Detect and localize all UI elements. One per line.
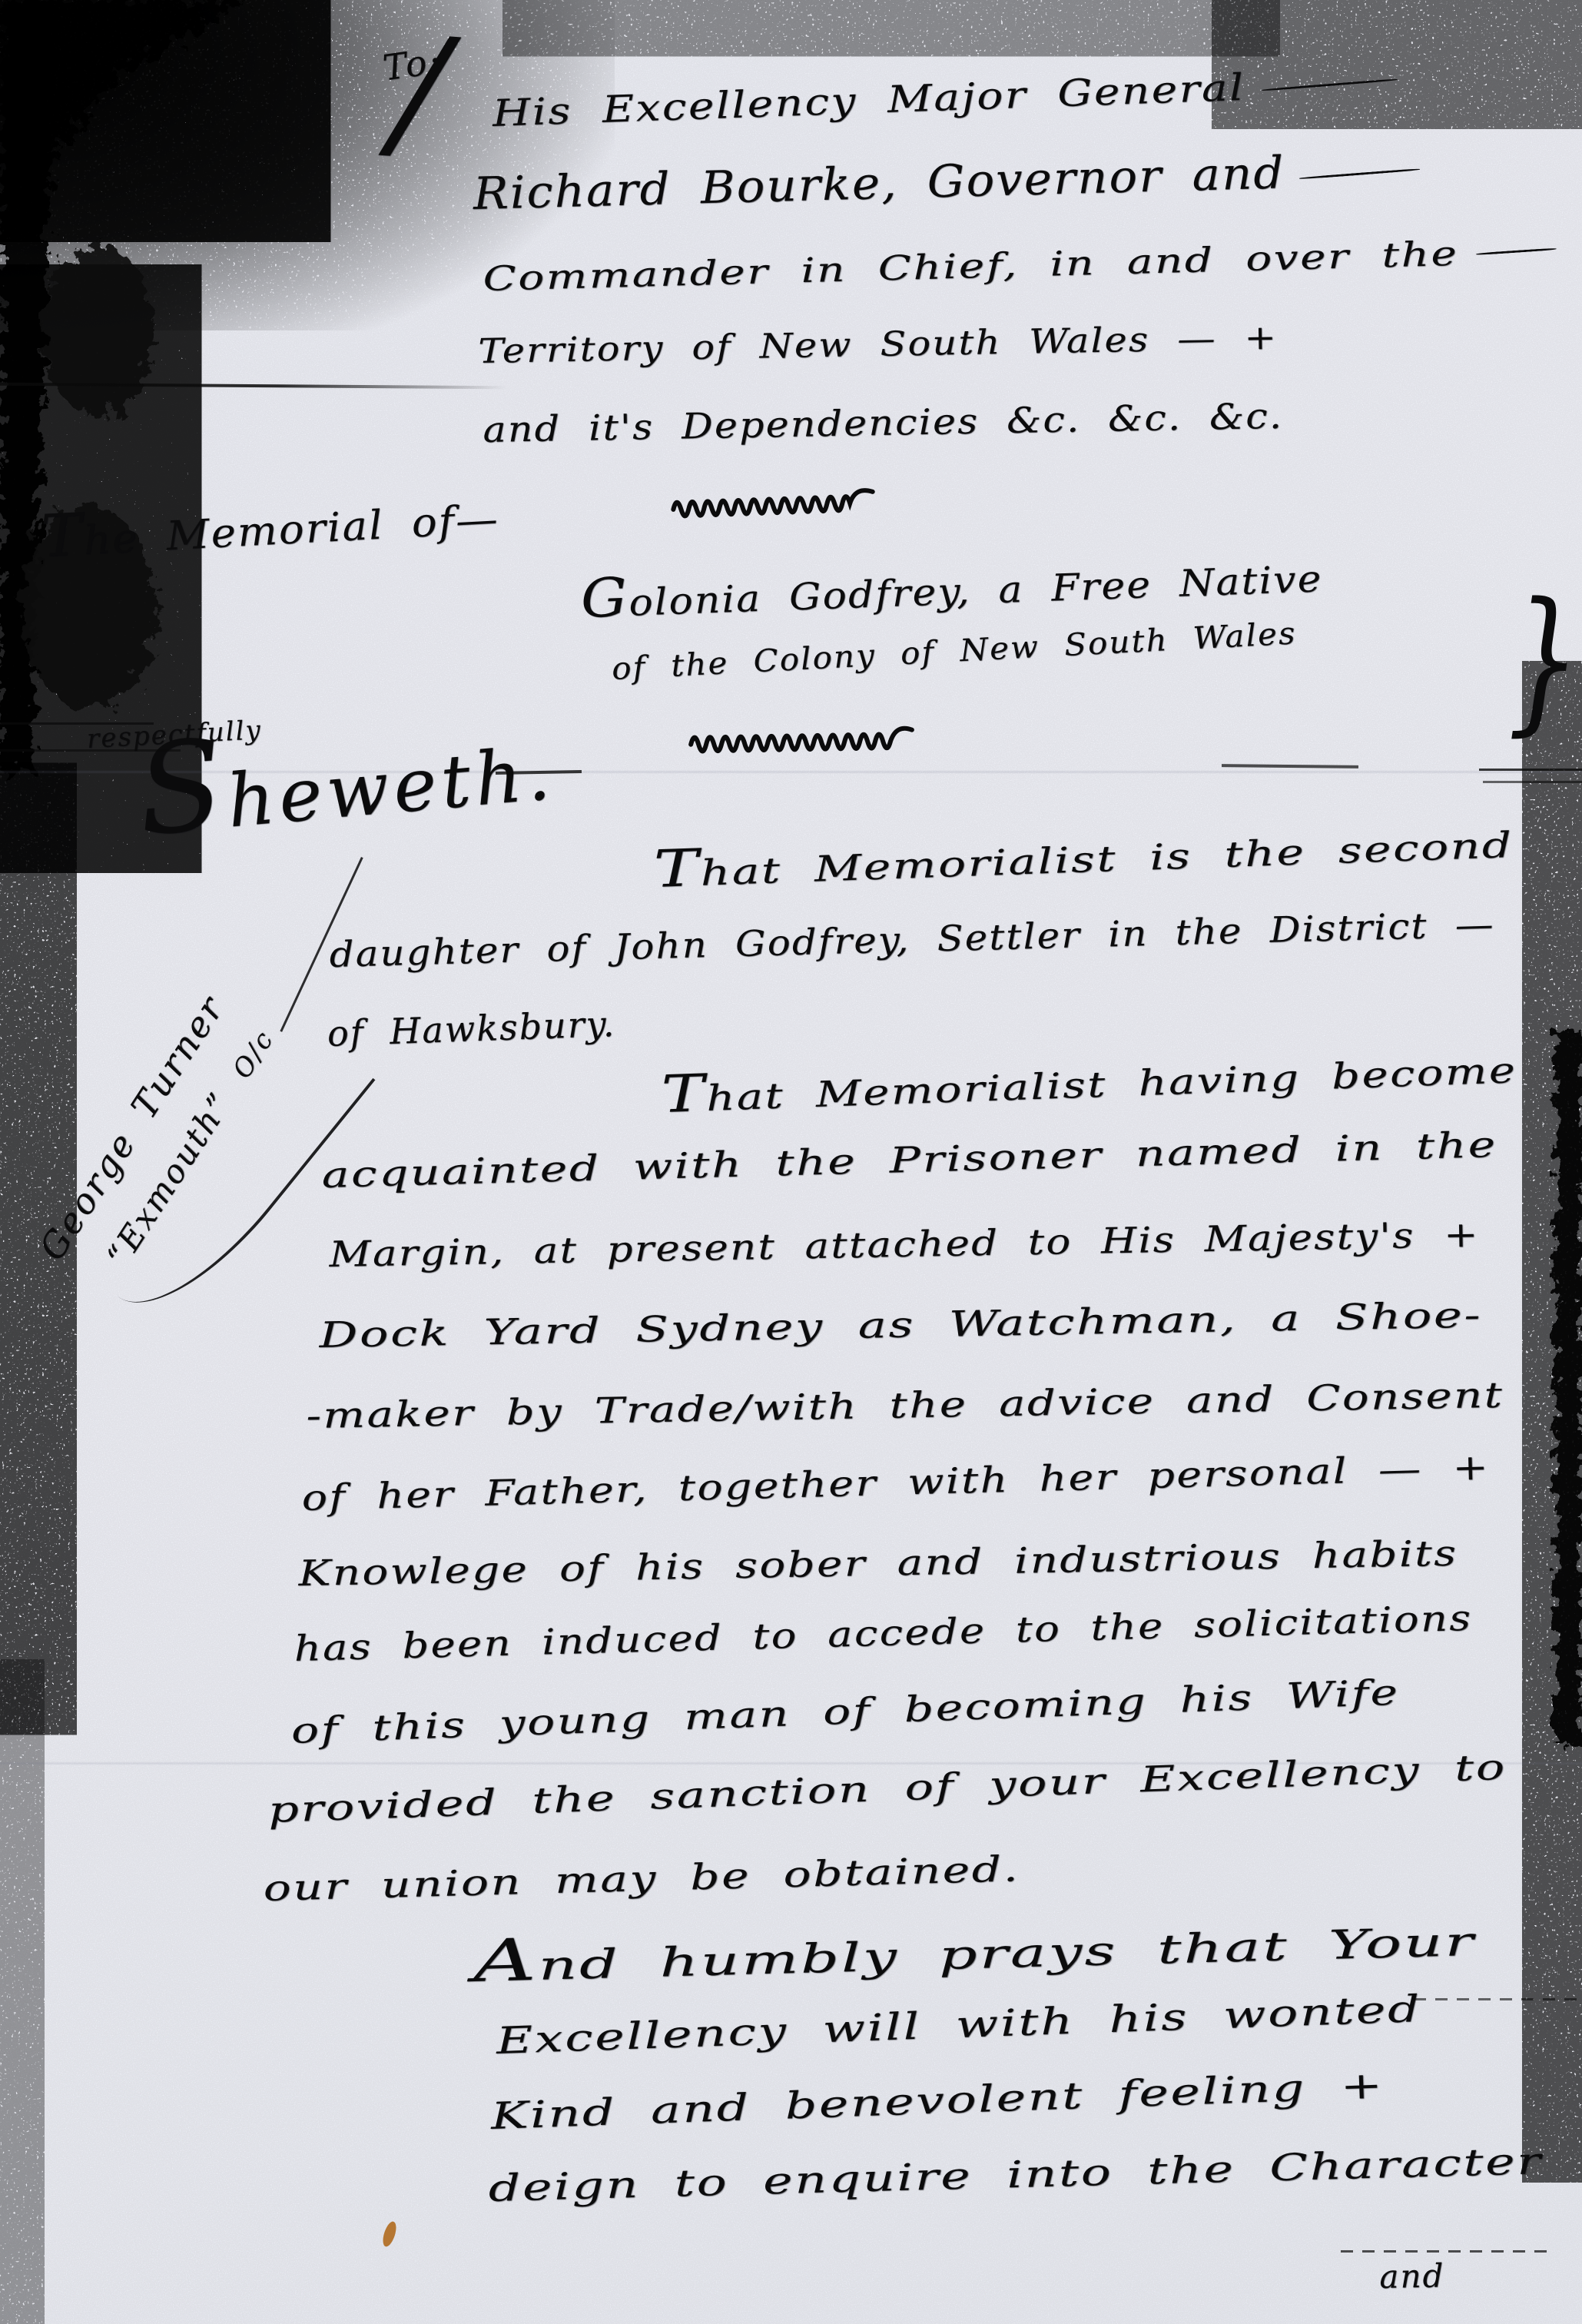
prayer-line-4: deign to enquire into the Character — [488, 2140, 1544, 2210]
scan-line — [1341, 2250, 1556, 2253]
rust-stain — [380, 2220, 399, 2249]
address-line-1: His Excellency Major General — [492, 61, 1398, 135]
clerk-mark: O/c — [227, 1024, 280, 1084]
address-line-5: and it's Dependencies &c. &c. &c. — [483, 395, 1284, 450]
squiggle-divider — [688, 717, 934, 755]
prayer-line-3: Kind and benevolent feeling + — [490, 2063, 1385, 2138]
body-line-9: of her Father, together with her persona… — [301, 1446, 1491, 1519]
scan-line — [0, 722, 154, 725]
body-line-6: Margin, at present attached to His Majes… — [329, 1213, 1480, 1275]
prayer-line-2: Excellency will with his wonted — [496, 1987, 1422, 2063]
memorialist-line-2: of the Colony of New South Wales — [611, 616, 1298, 687]
body-line-12: of this young man of becoming his Wife — [290, 1672, 1400, 1751]
body-line-13: provided the sanction of your Excellency… — [267, 1746, 1507, 1831]
scan-line — [1483, 781, 1582, 783]
scan-line — [1479, 769, 1582, 771]
body-line-11: has been induced to accede to the solici… — [294, 1597, 1473, 1669]
to-slash-stroke: / — [390, 23, 452, 161]
body-line-14: our union may be obtained. — [263, 1848, 1020, 1909]
ink-brace: } — [1507, 570, 1580, 751]
scan-line — [1222, 764, 1358, 769]
memorial-intro: The Memorial of— — [40, 490, 500, 566]
scan-line — [0, 383, 507, 390]
body-line-3: of Hawksbury. — [327, 1003, 616, 1054]
memorialist-line-1: Golonia Godfrey, a Free Native — [580, 552, 1323, 626]
address-line-4: Territory of New South Wales — + — [478, 318, 1278, 371]
body-line-1: That Memorialist is the second — [653, 819, 1514, 895]
prayer-line-1: And humbly prays that Your — [473, 1912, 1476, 1991]
margin-note: George Turner “Exmouth” O/c — [31, 968, 363, 1344]
body-line-4: That Memorialist having become — [661, 1044, 1517, 1120]
scan-line — [1414, 1998, 1582, 2000]
address-line-3: Commander in Chief, in and over the — [483, 231, 1557, 299]
body-line-8: -maker by Trade/with the advice and Cons… — [306, 1374, 1504, 1436]
body-line-10: Knowlege of his sober and industrious ha… — [298, 1532, 1458, 1594]
body-line-5: acquainted with the Prisoner named in th… — [321, 1124, 1497, 1196]
squiggle-divider — [669, 479, 893, 520]
address-line-2: Richard Bourke, Governor and — [473, 143, 1421, 220]
document-scan-page: To: / His Excellency Major General Richa… — [0, 0, 1582, 2324]
body-line-7: Dock Yard Sydney as Watchman, a Shoe- — [319, 1294, 1482, 1356]
catchword: and — [1379, 2257, 1445, 2296]
scan-line — [0, 749, 181, 752]
body-line-2: daughter of John Godfrey, Settler in the… — [329, 903, 1495, 975]
sheweth-word: Sheweth. — [134, 713, 558, 852]
